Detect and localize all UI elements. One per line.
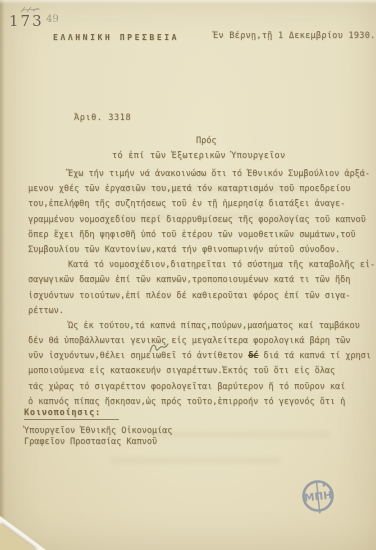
body-line: ἰσχυόντων τοιούτων,ἐπί πλέον δέ καθιεροῦ… — [28, 289, 372, 304]
bleedthrough-smudge — [110, 458, 280, 463]
body-line: ρέττων. — [28, 304, 372, 319]
body-line: γραμμένου νομοσχεδίου περί διαρρυθμίσεως… — [28, 213, 372, 228]
stamp-monogram: ΜΠΗ — [304, 490, 333, 505]
scanned-letter-page: 173 49 ΕΛΛΗΝΙΚΗ ΠΡΕΣΒΕΙΑ Ἐν Βέρνῃ,τῇ 1 Δ… — [0, 0, 376, 550]
handwritten-correction-mark — [148, 342, 170, 354]
correction-text-before: νῦν ἰσχυόντων,θέλει σημειωθεῖ τό ἀντίθετ… — [28, 351, 248, 361]
cc-block: Κοινοποίησις: Ὑπουργεῖον Ἐθνικῆς Οἰκονομ… — [24, 408, 172, 448]
body-line: μενον χθές τῶν ἐργασιῶν του,μετά τόν κατ… — [28, 182, 372, 197]
body-line: σαγωγικῶν δασμῶν ἐπί τῶν καπνῶν,τροποποι… — [28, 273, 372, 288]
recipient-to-label: Πρός — [196, 136, 216, 146]
body-line: του,ἐπελήφθη τῆς συζητήσεως τοῦ ἐν τῇ ἡμ… — [28, 197, 372, 212]
protocol-number: Ἀριθ. 3318 — [74, 113, 131, 123]
body-line: Κατά τό νομοσχέδιον,διατηρεῖται τό σύστη… — [28, 258, 372, 273]
cc-label: Κοινοποίησις: — [24, 408, 119, 420]
body-line: ὅπερ ἔχει ἤδη ψηφισθῆ ὑπό τοῦ ἑτέρου τῶν… — [28, 228, 372, 243]
cc-recipient: Ὑπουργεῖον Ἐθνικῆς Οἰκονομίας — [24, 426, 172, 437]
body-line: Συμβουλίου τῶν Καντονίων,κατά τήν φθινοπ… — [28, 243, 372, 258]
letter-body: Ἔχω τήν τιμήν νά ἀνακοινώσω ὅτι τό Ἐθνικ… — [28, 167, 372, 410]
body-line: τάς χώρας τό σιγαρέττον φορολογεῖται βαρ… — [28, 380, 372, 395]
dateline: Ἐν Βέρνῃ,τῇ 1 Δεκεμβρίου 1930. — [213, 31, 376, 41]
body-line: Ὡς ἐκ τούτου,τά καπνά πίπας,πούρων,μασήμ… — [28, 319, 372, 334]
body-line: Ἔχω τήν τιμήν νά ἀνακοινώσω ὅτι τό Ἐθνικ… — [28, 167, 372, 182]
scan-edge-shadow — [0, 0, 5, 550]
archive-stamp-icon: ΜΠΗ — [297, 475, 339, 517]
body-line: μοποιούμενα εἰς κατασκευήν σιγαρέττων.Ἐκ… — [28, 364, 372, 379]
folded-corner-flap — [0, 523, 37, 550]
struck-out-word: δέ — [248, 351, 258, 361]
scan-edge-highlight — [0, 0, 376, 4]
body-line: δέν θά ὑποβάλλωνται γενικῶς εἰς μεγαλείτ… — [28, 334, 372, 349]
sender-letterhead: ΕΛΛΗΝΙΚΗ ΠΡΕΣΒΕΙΑ — [53, 33, 179, 42]
cc-recipient: Γραφεῖον Προστασίας Καπνοῦ — [24, 437, 172, 448]
correction-text-after: διά τά καπνά τί χρησι — [258, 351, 371, 361]
recipient-addressee: τό ἐπί τῶν Ἐξωτερικῶν Ὑπουργεῖον — [112, 151, 285, 161]
archive-number-secondary: 49 — [46, 14, 59, 25]
pencil-scribble-mark — [20, 5, 46, 15]
body-line-with-correction: νῦν ἰσχυόντων,θέλει σημειωθεῖ τό ἀντίθετ… — [28, 351, 371, 361]
